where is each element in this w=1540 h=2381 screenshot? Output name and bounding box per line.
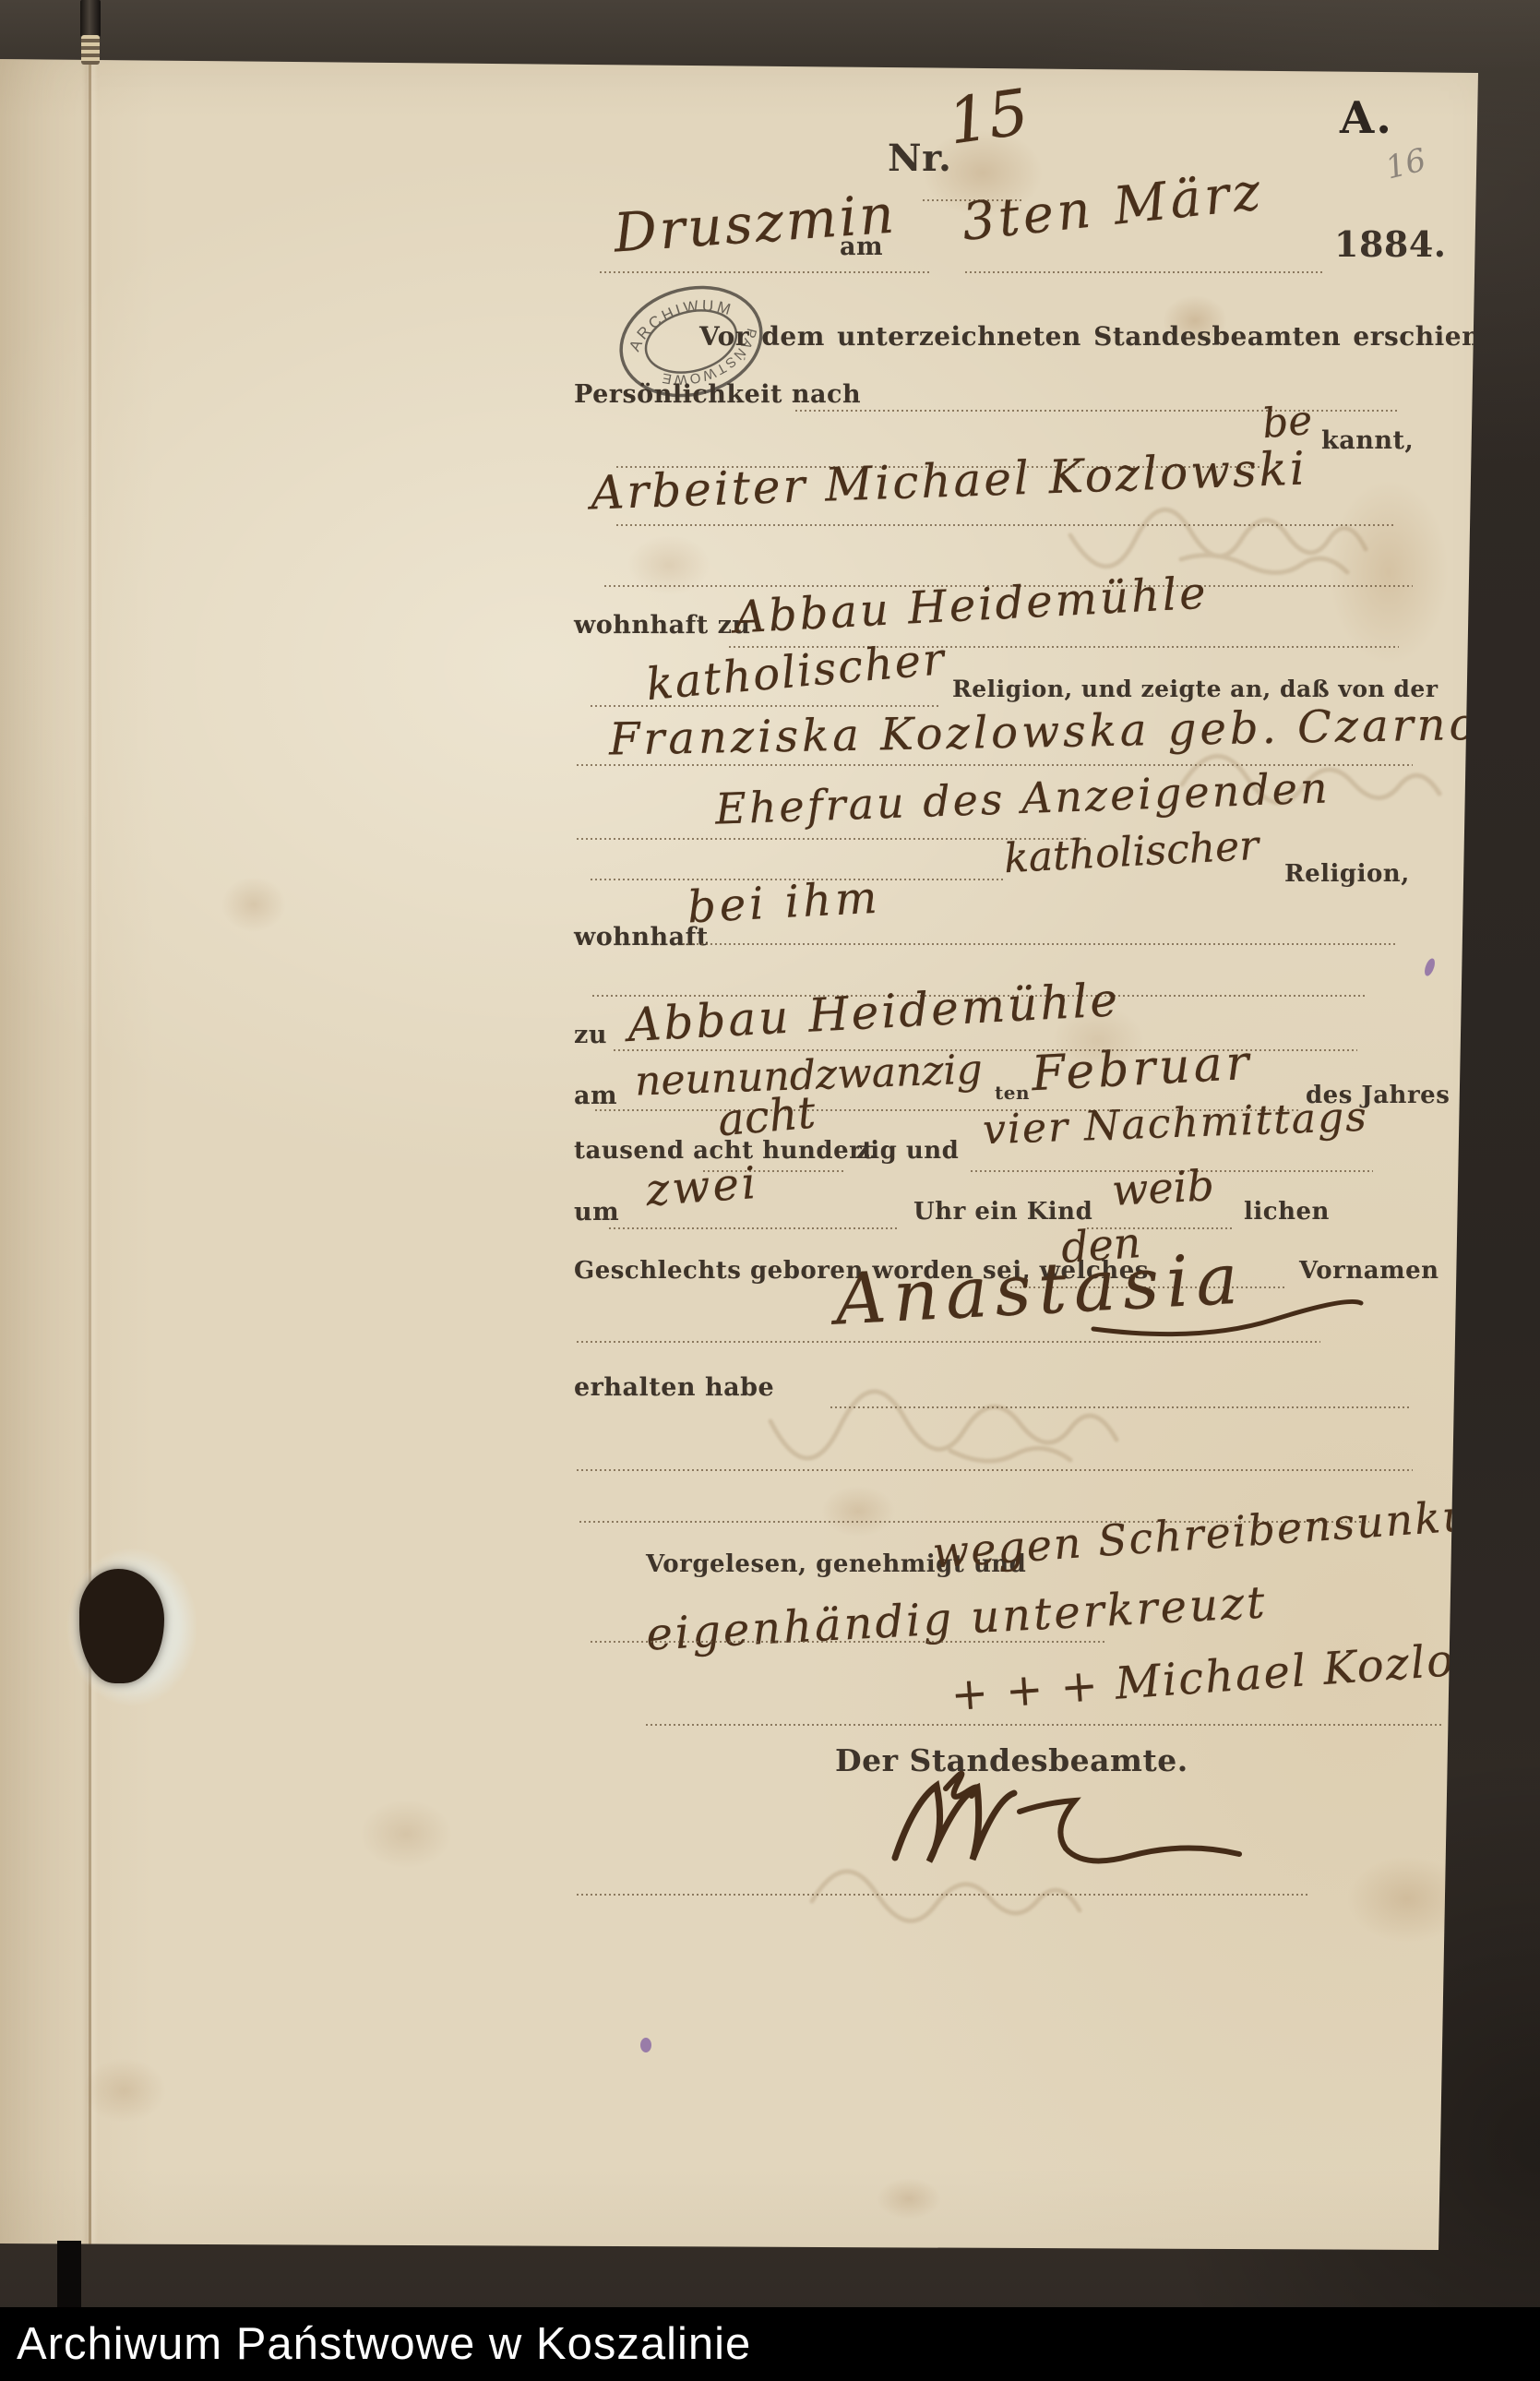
am-label-2: am [574,1082,617,1110]
archival-scan: Nr. 15 A. 16 Druszmin am 3ten März 1884.… [0,0,1540,2381]
dotted-rule [577,1341,1320,1343]
dotted-rule [600,271,932,273]
birth-place: Abbau Heidemühle [627,973,1122,1052]
uhr-ein-kind-label: Uhr ein Kind [913,1198,1092,1226]
binding-pin-tip [81,35,100,65]
child-sex: weib [1111,1160,1215,1215]
ink-speck [1423,957,1437,977]
persoenlichkeit-label: Persönlichkeit nach [574,380,861,409]
bleed-through-writing [738,1384,1126,1467]
birth-hour: zwei [644,1157,760,1216]
am-label: am [840,233,883,261]
pencil-page-number: 16 [1382,141,1430,186]
stain [83,2058,166,2123]
wohnhaft-zu-label: wohnhaft zu [574,611,751,640]
nr-label: Nr. [888,137,951,180]
mother-residence: bei ihm [686,872,882,934]
registrar-signature [858,1761,1246,1872]
year-decade: acht [716,1087,818,1147]
dotted-rule [965,271,1325,273]
um-label: um [574,1198,619,1226]
kannt-label: kannt, [1321,426,1414,455]
archive-caption: Archiwum Państwowe w Koszalinie [17,2318,751,2370]
mother-religion: katholischer [1003,822,1259,882]
dotted-rule [616,524,1396,526]
record-number: 15 [944,76,1033,159]
ink-speck [640,2038,651,2052]
zu-label: zu [574,1021,607,1049]
bleed-through-writing [1043,498,1375,581]
ten-suffix: ten [995,1082,1030,1104]
name-underline-flourish [1089,1292,1366,1338]
dotted-rule [683,943,1395,945]
document-page: Nr. 15 A. 16 Druszmin am 3ten März 1884.… [0,0,1540,2381]
fold-crease [89,59,91,2244]
closing-line-2: eigenhändig unterkreuzt [645,1576,1269,1660]
religion-zeigte-label: Religion, und zeigte an, daß von der [952,676,1438,702]
binding-shadow [57,2241,81,2311]
hw-be: be [1260,397,1314,449]
record-date: 3ten März [960,162,1267,253]
year-units-time: vier Nachmittags [982,1094,1368,1155]
archive-caption-bar: Archiwum Państwowe w Koszalinie [0,2307,1540,2381]
dotted-rule [646,1724,1441,1726]
zig-und-label: zig und [856,1137,959,1165]
stain [360,1800,452,1869]
dotted-rule [830,1406,1412,1408]
dotted-rule [591,705,941,707]
lichen-label: lichen [1244,1198,1330,1226]
birth-month: Februar [1031,1035,1254,1102]
religion-label: Religion, [1284,860,1410,888]
dotted-rule [577,1469,1413,1471]
stain [877,2178,941,2219]
record-year: 1884. [1334,223,1447,265]
erhalten-habe-label: erhalten habe [574,1373,774,1402]
stain [221,877,286,932]
vornamen-label: Vornamen [1299,1257,1439,1285]
form-letter: A. [1340,92,1393,144]
closing-line-1: wegen Schreibensunkunde [931,1484,1540,1577]
intro-line: Vor dem unterzeichneten Standesbeamten e… [699,321,1540,352]
declarant-residence: Abbau Heidemühle [733,568,1210,644]
declarant-religion: katholischer [644,633,948,711]
stain [821,1486,895,1537]
binding-pin [80,0,101,37]
dotted-rule [577,1894,1307,1896]
bleed-through-writing [775,1864,1089,1938]
dotted-rule [609,1227,897,1229]
dotted-rule [591,1641,1107,1643]
